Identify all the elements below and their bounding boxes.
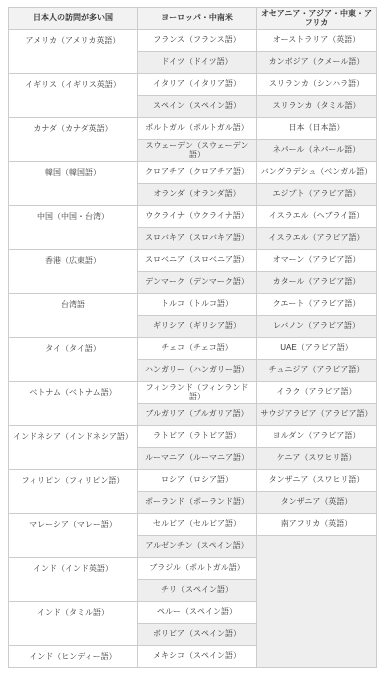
table-row: インドネシア（インドネシア語）ラトビア（ラトビア語）ヨルダン（アラビア語） bbox=[9, 426, 377, 448]
table-row: イギリス（イギリス英語）イタリア（イタリア語）スリランカ（シンハラ語） bbox=[9, 74, 377, 96]
europe-latam-cell: ウクライナ（ウクライナ語） bbox=[138, 206, 257, 228]
europe-latam-cell: ラトビア（ラトビア語） bbox=[138, 426, 257, 448]
table-row: カナダ（カナダ英語）ポルトガル（ポルトガル語）日本（日本語） bbox=[9, 118, 377, 140]
europe-latam-cell: スロバキア（スロバキア語） bbox=[138, 228, 257, 250]
visited-country-cell: インド（インド英語） bbox=[9, 558, 138, 602]
europe-latam-cell: スウェーデン（スウェーデン語） bbox=[138, 140, 257, 162]
oceania-asia-africa-cell: オマーン（アラビア語） bbox=[257, 250, 377, 272]
oceania-asia-africa-cell: ヨルダン（アラビア語） bbox=[257, 426, 377, 448]
europe-latam-cell: セルビア（セルビア語） bbox=[138, 514, 257, 536]
europe-latam-cell: トルコ（トルコ語） bbox=[138, 294, 257, 316]
table-row: ベトナム（ベトナム語）フィンランド（フィンランド語）イラク（アラビア語） bbox=[9, 382, 377, 404]
table-row: タイ（タイ語）チェコ（チェコ語）UAE（アラビア語） bbox=[9, 338, 377, 360]
visited-country-cell: カナダ（カナダ英語） bbox=[9, 118, 138, 162]
table-row: 中国（中国・台湾）ウクライナ（ウクライナ語）イスラエル（ヘブライ語） bbox=[9, 206, 377, 228]
visited-country-cell: マレーシア（マレー語） bbox=[9, 514, 138, 558]
visited-country-cell: 中国（中国・台湾） bbox=[9, 206, 138, 250]
oceania-asia-africa-cell: エジプト（アラビア語） bbox=[257, 184, 377, 206]
column-header-europe-latam: ヨーロッパ・中南米 bbox=[138, 8, 257, 30]
visited-country-cell: アメリカ（アメリカ英語） bbox=[9, 30, 138, 74]
europe-latam-cell: アルゼンチン（スペイン語） bbox=[138, 536, 257, 558]
oceania-asia-africa-cell: イスラエル（アラビア語） bbox=[257, 228, 377, 250]
europe-latam-cell: スペイン（スペイン語） bbox=[138, 96, 257, 118]
oceania-asia-africa-cell: イスラエル（ヘブライ語） bbox=[257, 206, 377, 228]
oceania-asia-africa-cell: スリランカ（タミル語） bbox=[257, 96, 377, 118]
oceania-asia-africa-cell: クエート（アラビア語） bbox=[257, 294, 377, 316]
europe-latam-cell: イタリア（イタリア語） bbox=[138, 74, 257, 96]
oceania-asia-africa-cell: カタール（アラビア語） bbox=[257, 272, 377, 294]
table-row: マレーシア（マレー語）セルビア（セルビア語）南アフリカ（英語） bbox=[9, 514, 377, 536]
table-row: 香港（広東語）スロベニア（スロベニア語）オマーン（アラビア語） bbox=[9, 250, 377, 272]
oceania-asia-africa-cell bbox=[257, 536, 377, 668]
visited-country-cell: タイ（タイ語） bbox=[9, 338, 138, 382]
oceania-asia-africa-cell: カンボジア（クメール語） bbox=[257, 52, 377, 74]
table-row: 韓国（韓国語）クロアチア（クロアチア語）バングラデシュ（ベンガル語） bbox=[9, 162, 377, 184]
europe-latam-cell: メキシコ（スペイン語） bbox=[138, 646, 257, 668]
oceania-asia-africa-cell: タンザニア（英語） bbox=[257, 492, 377, 514]
table-body: アメリカ（アメリカ英語）フランス（フランス語）オーストラリア（英語）ドイツ（ドイ… bbox=[9, 30, 377, 668]
europe-latam-cell: ブルガリア（ブルガリア語） bbox=[138, 404, 257, 426]
oceania-asia-africa-cell: UAE（アラビア語） bbox=[257, 338, 377, 360]
europe-latam-cell: クロアチア（クロアチア語） bbox=[138, 162, 257, 184]
europe-latam-cell: ボリビア（スペイン語） bbox=[138, 624, 257, 646]
oceania-asia-africa-cell: サウジアラビア（アラビア語） bbox=[257, 404, 377, 426]
europe-latam-cell: ドイツ（ドイツ語） bbox=[138, 52, 257, 74]
visited-country-cell: フィリピン（フィリピン語） bbox=[9, 470, 138, 514]
oceania-asia-africa-cell: チュニジア（アラビア語） bbox=[257, 360, 377, 382]
visited-country-cell: インド（タミル語） bbox=[9, 602, 138, 646]
europe-latam-cell: フランス（フランス語） bbox=[138, 30, 257, 52]
oceania-asia-africa-cell: ネパール（ネパール語） bbox=[257, 140, 377, 162]
europe-latam-cell: ペルー（スペイン語） bbox=[138, 602, 257, 624]
table-row: フィリピン（フィリピン語）ロシア（ロシア語）タンザニア（スワヒリ語） bbox=[9, 470, 377, 492]
oceania-asia-africa-cell: レバノン（アラビア語） bbox=[257, 316, 377, 338]
oceania-asia-africa-cell: バングラデシュ（ベンガル語） bbox=[257, 162, 377, 184]
europe-latam-cell: オランダ（オランダ語） bbox=[138, 184, 257, 206]
europe-latam-cell: ハンガリー（ハンガリー語） bbox=[138, 360, 257, 382]
oceania-asia-africa-cell: イラク（アラビア語） bbox=[257, 382, 377, 404]
oceania-asia-africa-cell: オーストラリア（英語） bbox=[257, 30, 377, 52]
language-country-table: 日本人の訪問が多い国 ヨーロッパ・中南米 オセアニア・アジア・中東・アフリカ ア… bbox=[8, 7, 377, 668]
europe-latam-cell: チェコ（チェコ語） bbox=[138, 338, 257, 360]
europe-latam-cell: ギリシア（ギリシア語） bbox=[138, 316, 257, 338]
visited-country-cell: インドネシア（インドネシア語） bbox=[9, 426, 138, 470]
europe-latam-cell: ロシア（ロシア語） bbox=[138, 470, 257, 492]
visited-country-cell: インド（ヒンディー語） bbox=[9, 646, 138, 668]
oceania-asia-africa-cell: 南アフリカ（英語） bbox=[257, 514, 377, 536]
oceania-asia-africa-cell: 日本（日本語） bbox=[257, 118, 377, 140]
oceania-asia-africa-cell: スリランカ（シンハラ語） bbox=[257, 74, 377, 96]
europe-latam-cell: ルーマニア（ルーマニア語） bbox=[138, 448, 257, 470]
table-row: 台湾語トルコ（トルコ語）クエート（アラビア語） bbox=[9, 294, 377, 316]
visited-country-cell: ベトナム（ベトナム語） bbox=[9, 382, 138, 426]
oceania-asia-africa-cell: ケニア（スワヒリ語） bbox=[257, 448, 377, 470]
column-header-visited-countries: 日本人の訪問が多い国 bbox=[9, 8, 138, 30]
europe-latam-cell: デンマーク（デンマーク語） bbox=[138, 272, 257, 294]
europe-latam-cell: チリ（スペイン語） bbox=[138, 580, 257, 602]
header-row: 日本人の訪問が多い国 ヨーロッパ・中南米 オセアニア・アジア・中東・アフリカ bbox=[9, 8, 377, 30]
europe-latam-cell: フィンランド（フィンランド語） bbox=[138, 382, 257, 404]
table-row: アメリカ（アメリカ英語）フランス（フランス語）オーストラリア（英語） bbox=[9, 30, 377, 52]
europe-latam-cell: ポーランド（ポーランド語） bbox=[138, 492, 257, 514]
europe-latam-cell: スロベニア（スロベニア語） bbox=[138, 250, 257, 272]
europe-latam-cell: ポルトガル（ポルトガル語） bbox=[138, 118, 257, 140]
visited-country-cell: イギリス（イギリス英語） bbox=[9, 74, 138, 118]
europe-latam-cell: ブラジル（ポルトガル語） bbox=[138, 558, 257, 580]
visited-country-cell: 韓国（韓国語） bbox=[9, 162, 138, 206]
column-header-oceania-asia-africa: オセアニア・アジア・中東・アフリカ bbox=[257, 8, 377, 30]
page: 日本人の訪問が多い国 ヨーロッパ・中南米 オセアニア・アジア・中東・アフリカ ア… bbox=[0, 7, 384, 668]
visited-country-cell: 台湾語 bbox=[9, 294, 138, 338]
visited-country-cell: 香港（広東語） bbox=[9, 250, 138, 294]
oceania-asia-africa-cell: タンザニア（スワヒリ語） bbox=[257, 470, 377, 492]
